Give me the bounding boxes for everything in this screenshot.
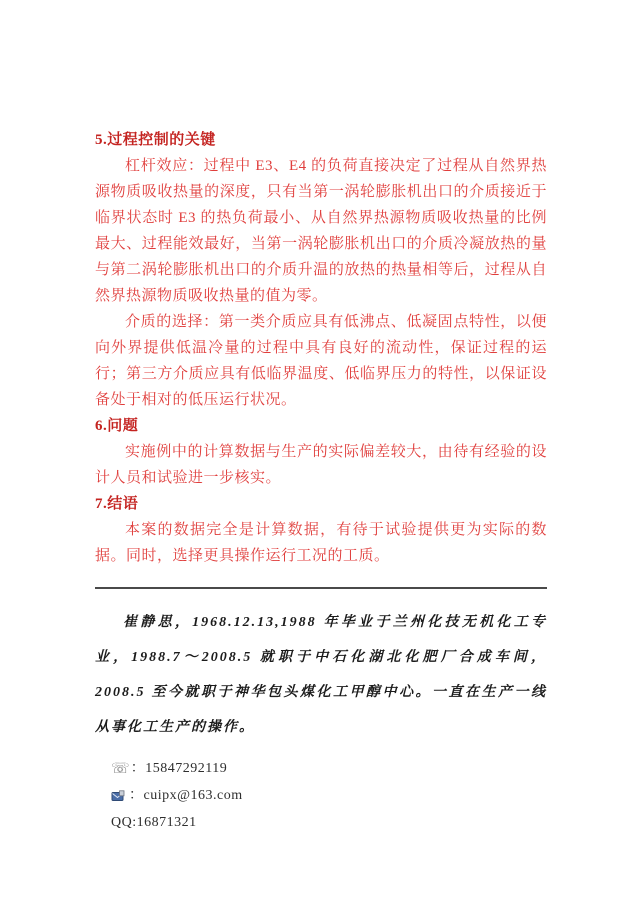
paragraph-lever-effect: 杠杆效应：过程中 E3、E4 的负荷直接决定了过程从自然界热源物质吸收热量的深度… — [95, 153, 547, 309]
qq-number: QQ:16871321 — [111, 809, 197, 836]
paragraph-medium-selection: 介质的选择：第一类介质应具有低沸点、低凝固点特性，以便向外界提供低温冷量的过程中… — [95, 309, 547, 413]
section-heading-process-control: 5.过程控制的关键 — [95, 127, 547, 153]
document-body: 5.过程控制的关键 杠杆效应：过程中 E3、E4 的负荷直接决定了过程从自然界热… — [95, 127, 547, 836]
separator-line — [95, 587, 547, 589]
document-page: 5.过程控制的关键 杠杆效应：过程中 E3、E4 的负荷直接决定了过程从自然界热… — [0, 0, 637, 900]
phone-separator: ： — [131, 755, 146, 782]
contact-block: ☏：15847292119 ：cuipx@163.com QQ:16871321 — [95, 755, 547, 836]
section-heading-problems: 6.问题 — [95, 413, 547, 439]
phone-line: ☏：15847292119 — [111, 755, 547, 782]
email-separator: ： — [129, 782, 144, 809]
author-bio: 崔静思，1968.12.13,1988 年毕业于兰州化技无机化工专业，1988.… — [95, 605, 547, 745]
paragraph-problems: 实施例中的计算数据与生产的实际偏差较大，由待有经验的设计人员和试验进一步核实。 — [95, 439, 547, 491]
section-heading-conclusion: 7.结语 — [95, 491, 547, 517]
phone-number: 15847292119 — [145, 755, 227, 782]
email-icon — [111, 790, 125, 802]
email-address: cuipx@163.com — [144, 782, 243, 809]
phone-icon: ☏ — [111, 761, 130, 776]
paragraph-conclusion: 本案的数据完全是计算数据，有待于试验提供更为实际的数据。同时，选择更具操作运行工… — [95, 517, 547, 569]
email-line: ：cuipx@163.com — [111, 782, 547, 809]
qq-line: QQ:16871321 — [111, 809, 547, 836]
